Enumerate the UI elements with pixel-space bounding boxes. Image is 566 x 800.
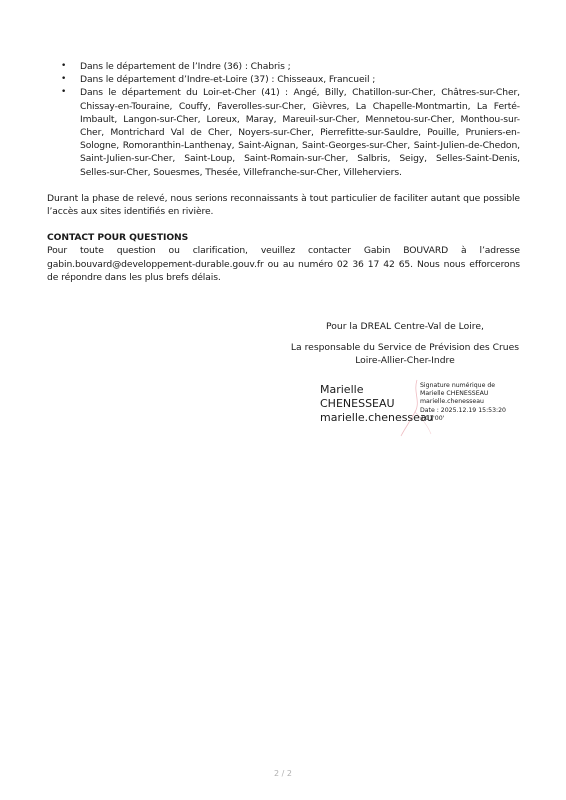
contact-heading: CONTACT POUR QUESTIONS	[47, 231, 520, 244]
signer-name: Marielle CHENESSEAU marielle.chenesseau	[320, 383, 434, 425]
digital-signature-date: Date : 2025.12.19 15:53:20	[420, 407, 506, 415]
page-content: • Dans le département de l’Indre (36) : …	[47, 60, 520, 284]
digital-signature-label: Signature numérique de	[420, 382, 506, 390]
bullet-icon: •	[61, 86, 66, 99]
digital-signature-login: marielle.chenesseau	[420, 398, 506, 406]
digital-signature-details: Signature numérique de Marielle CHENESSE…	[420, 382, 506, 423]
signer-login: marielle.chenesseau	[320, 411, 434, 425]
contact-paragraph: Pour toute question ou clarification, ve…	[47, 244, 520, 284]
list-item-text: Dans le département du Loir-et-Cher (41)…	[80, 87, 520, 177]
signature-organization: Pour la DREAL Centre-Val de Loire,	[280, 320, 530, 333]
contact-email-link[interactable]: gabin.bouvard@developpement-durable.gouv…	[47, 259, 264, 270]
signature-role: La responsable du Service de Prévision d…	[280, 341, 530, 354]
list-item-loir-et-cher: • Dans le département du Loir-et-Cher (4…	[47, 86, 520, 178]
signature-service: Loire-Allier-Cher-Indre	[280, 354, 530, 367]
signer-last-name: CHENESSEAU	[320, 397, 434, 411]
contact-text-before: Pour toute question ou clarification, ve…	[47, 245, 520, 256]
list-item-indre: • Dans le département de l’Indre (36) : …	[47, 60, 520, 73]
page-number: 2 / 2	[0, 769, 566, 778]
list-item-text: Dans le département d’Indre-et-Loire (37…	[80, 74, 375, 85]
document-page: • Dans le département de l’Indre (36) : …	[0, 0, 566, 800]
bullet-icon: •	[61, 73, 66, 86]
digital-signature-timezone: +01'00'	[420, 415, 506, 423]
bullet-icon: •	[61, 60, 66, 73]
list-item-text: Dans le département de l’Indre (36) : Ch…	[80, 61, 291, 72]
digital-signature-name: Marielle CHENESSEAU	[420, 390, 506, 398]
signature-block: Pour la DREAL Centre-Val de Loire, La re…	[280, 320, 530, 368]
commune-list: • Dans le département de l’Indre (36) : …	[47, 60, 520, 179]
signer-first-name: Marielle	[320, 383, 434, 397]
list-item-indre-et-loire: • Dans le département d’Indre-et-Loire (…	[47, 73, 520, 86]
releve-paragraph: Durant la phase de relevé, nous serions …	[47, 192, 520, 218]
